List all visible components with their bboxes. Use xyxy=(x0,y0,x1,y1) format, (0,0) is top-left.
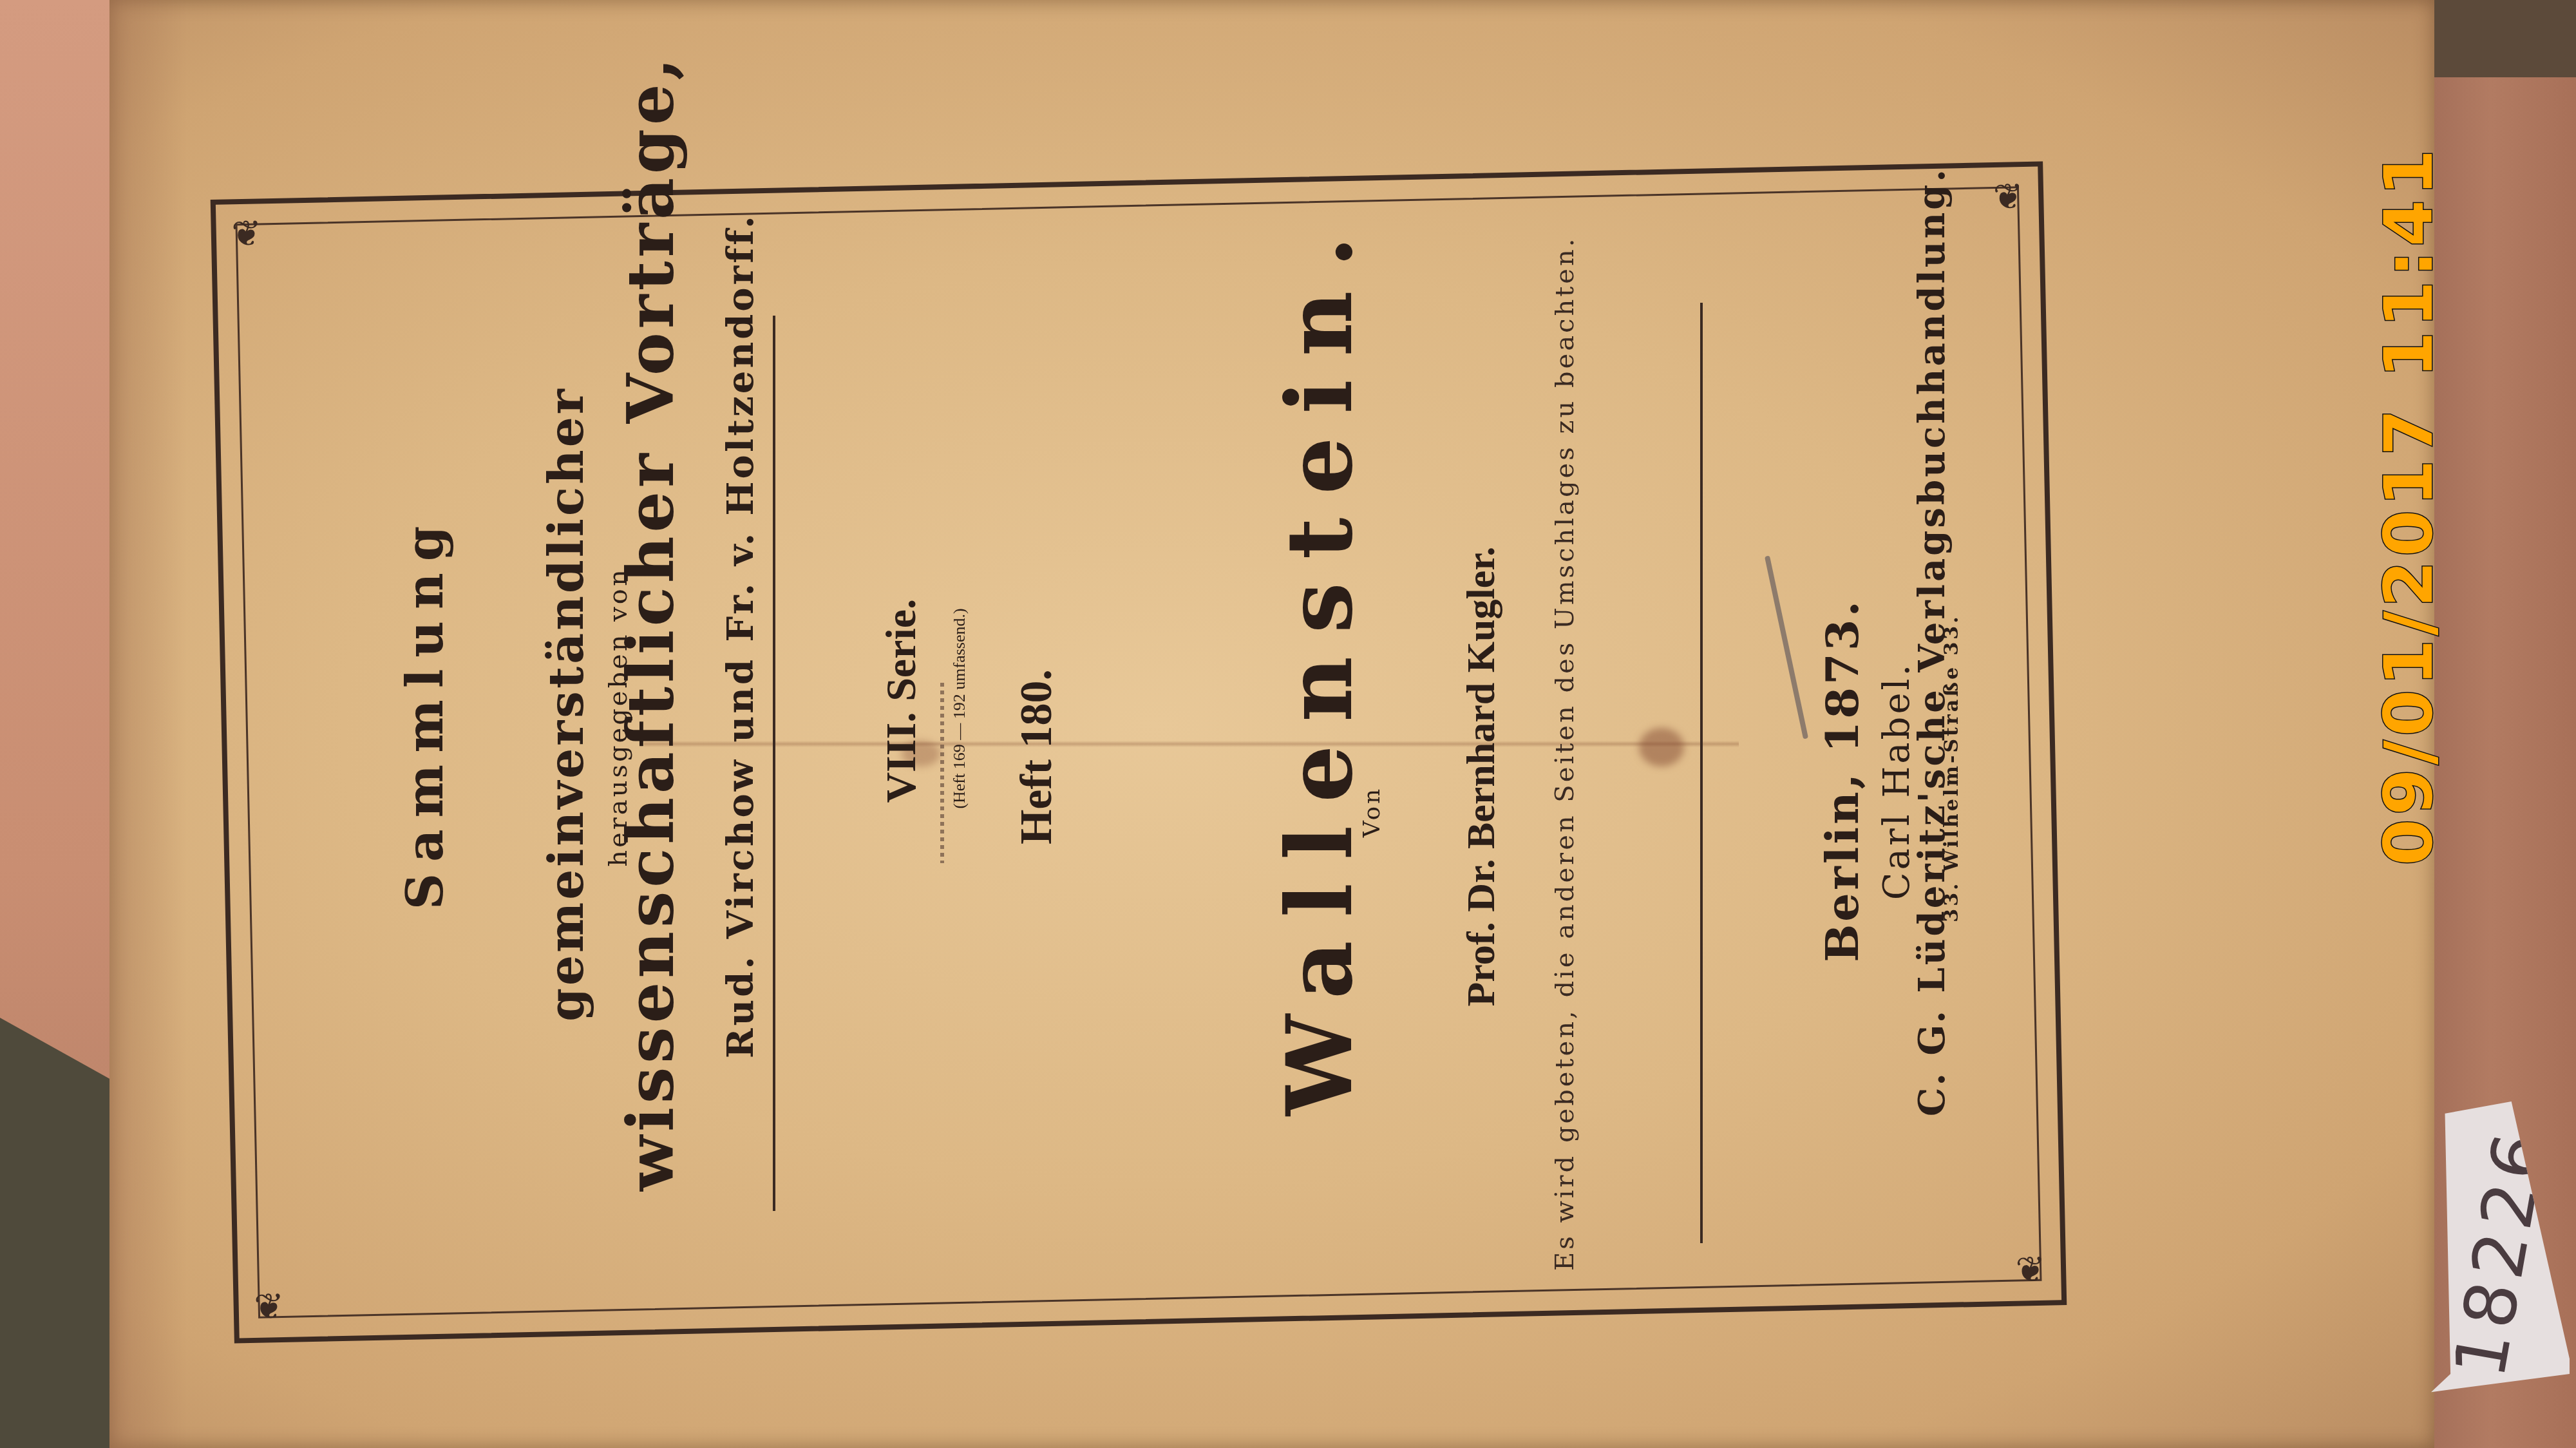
series-range: (Heft 169 — 192 umfassend.) xyxy=(950,541,969,876)
background-dark-object xyxy=(0,1018,116,1448)
corner-ornament-icon: ❦ xyxy=(2007,1247,2053,1293)
corner-ornament-icon: ❦ xyxy=(246,1284,292,1330)
corner-ornament-icon: ❦ xyxy=(1985,175,2031,220)
divider-rule-upper xyxy=(773,316,775,1211)
title-page-border-frame: ❦ ❦ ❦ ❦ xyxy=(211,161,2067,1343)
title-page-inner-frame xyxy=(236,186,2042,1319)
page-edge-shadow xyxy=(109,0,187,1448)
issue-number: Heft 180. xyxy=(1011,628,1063,886)
divider-rule-lower xyxy=(1700,303,1703,1243)
by-label: Von xyxy=(1359,748,1385,877)
collection-title-line-1: Sammlung xyxy=(396,423,455,1002)
author-name: Prof. Dr. Bernhard Kugler. xyxy=(1459,487,1504,1067)
publisher-owner: Carl Habel. xyxy=(1876,636,1918,926)
corner-ornament-icon: ❦ xyxy=(223,211,269,257)
series-label: VIII. Serie. xyxy=(877,540,926,862)
cover-note: Es wird gebeten, die anderen Seiten des … xyxy=(1550,305,1580,1271)
camera-timestamp: 09/01/2017 11:41 xyxy=(2376,200,2441,812)
collection-title-line-2: gemeinverständlicher xyxy=(539,350,594,1058)
place-and-year: Berlin, 1873. xyxy=(1815,587,1869,974)
ink-stain xyxy=(1639,728,1684,767)
editors-names: Rud. Virchow und Fr. v. Holtzendorff. xyxy=(719,350,762,1058)
edited-by-label: herausgegeben von xyxy=(603,524,633,910)
timestamp-text: 09/01/2017 11:41 xyxy=(2369,146,2448,866)
publisher-address: 33. Wilhelm-Straße 33. xyxy=(1940,607,1963,929)
wavy-divider xyxy=(940,683,944,863)
background-shadow xyxy=(2421,0,2576,77)
work-title: Wallenstein. xyxy=(1267,472,1373,1116)
